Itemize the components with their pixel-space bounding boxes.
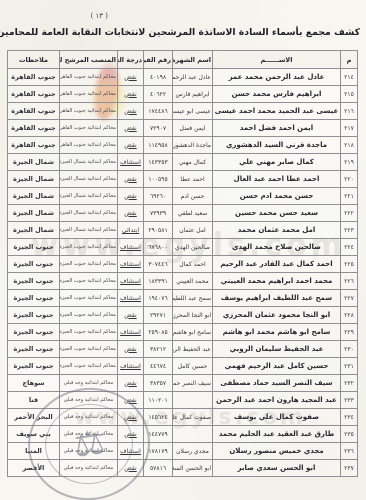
registration-number: ٧٢٩٠٧ bbox=[144, 120, 173, 137]
row-number: ٢٢٤ bbox=[341, 239, 358, 256]
row-number: ٢٣٧ bbox=[341, 460, 358, 477]
candidacy-position: محاكم ابتدائية جنوب الجيزة bbox=[60, 324, 118, 341]
table-row: ٢٢٨ ابو النجا محمود عثمان المحرزي ابو ال… bbox=[8, 307, 358, 324]
stamp-inner-ring: ⚖ bbox=[40, 398, 138, 489]
registration-degree: نقض bbox=[118, 188, 144, 205]
registration-number: ٤٤٦٧٤ bbox=[144, 358, 173, 375]
row-number: ٢١٨ bbox=[341, 137, 358, 154]
candidate-name: عبد المجيد هارون احمد عبد الرحمن bbox=[213, 392, 341, 409]
candidate-name: عادل عبد الرحمن محمد عمر bbox=[213, 69, 341, 86]
table-row: ٢٢٩ سامح ابو هاشم محمد ابو هاشم سامح ابو… bbox=[8, 324, 358, 341]
candidate-name: صالحين صلاح محمد الهدي bbox=[213, 239, 341, 256]
table-row: ٢٢٦ محمد احمد ابراهيم محمد العييني محمد … bbox=[8, 273, 358, 290]
candidate-name: حسين كامل عبد الرحيم فهمي bbox=[213, 358, 341, 375]
registration-degree: ابتدائي bbox=[118, 222, 144, 239]
row-number: ٢٢٧ bbox=[341, 290, 358, 307]
row-number: ٢١٧ bbox=[341, 120, 358, 137]
header-notes: ملاحظات bbox=[8, 51, 60, 69]
notes-region: جنوب القاهرة bbox=[8, 103, 60, 120]
registration-number: ٤٠١٩٨ bbox=[144, 69, 173, 86]
row-number: ٢٢٨ bbox=[341, 307, 358, 324]
row-number: ٢١٥ bbox=[341, 86, 358, 103]
row-number: ٢٣٢ bbox=[341, 375, 358, 392]
header-number: م bbox=[341, 51, 358, 69]
registration-number: ١١٤٩٥٨ bbox=[144, 137, 173, 154]
candidate-name: سمح عبد اللطيف ابراهيم يوسف bbox=[213, 290, 341, 307]
registration-degree: نقض bbox=[118, 69, 144, 86]
candidate-alias: صفوت كمال علي يوسف bbox=[173, 409, 213, 426]
candidate-alias: سعيد لطفي bbox=[173, 205, 213, 222]
registration-number: ٥٧٨١٦ bbox=[144, 460, 173, 477]
page-title: كشف مجمع بأسماء السادة الاساتذة المرشحين… bbox=[70, 27, 360, 38]
notes-region: جنوب الجيزة bbox=[8, 239, 60, 256]
table-row: ٢١٨ ماجدة قرني السيد الدهشوري ماجدة الده… bbox=[8, 137, 358, 154]
registration-degree: نقض bbox=[118, 375, 144, 392]
registration-degree: استئناف bbox=[118, 273, 144, 290]
candidacy-position: محاكم ابتدائية جنوب الجيزة bbox=[60, 290, 118, 307]
scales-icon: ⚖ bbox=[72, 425, 107, 463]
registration-degree: نقض bbox=[118, 171, 144, 188]
registration-number: ٦٧٦٨٠٠ bbox=[144, 239, 173, 256]
candidate-alias: ايمن فضل bbox=[173, 120, 213, 137]
notes-region: جنوب الجيزة bbox=[8, 341, 60, 358]
header-alias: اسم الشهرة bbox=[173, 51, 213, 69]
registration-number: ١٤٥٦٢٤ bbox=[144, 409, 173, 426]
registration-degree: استئناف bbox=[118, 324, 144, 341]
notes-region: شمال الجيزة bbox=[8, 171, 60, 188]
candidate-name: ماجدة قرني السيد الدهشوري bbox=[213, 137, 341, 154]
table-row: ٢٢٥ احمد كمال عبد القادر عبد الرحيم احمد… bbox=[8, 256, 358, 273]
table-row: ٢١٦ عيسى عبد الحميد محمد احمد عيسى عيسى … bbox=[8, 103, 358, 120]
notes-region: جنوب القاهرة bbox=[8, 69, 60, 86]
candidate-name: ابراهيم فارس محمد حسن bbox=[213, 86, 341, 103]
candidate-alias: عادل عبد الرحمن محمد عمر bbox=[173, 69, 213, 86]
registration-degree: نقض bbox=[118, 307, 144, 324]
registration-number: ٣٨٣٥٧ bbox=[144, 375, 173, 392]
registration-number: ٧٣٩٣٩ bbox=[144, 205, 173, 222]
candidate-alias: مجدي رسلان bbox=[173, 443, 213, 460]
header-registration-number: رقم القيد bbox=[144, 51, 173, 69]
row-number: ٢٢٠ bbox=[341, 171, 358, 188]
notes-region: شمال الجيزة bbox=[8, 188, 60, 205]
row-number: ٢٢٦ bbox=[341, 273, 358, 290]
notes-region: جنوب الجيزة bbox=[8, 358, 60, 375]
row-number: ٢١٤ bbox=[341, 69, 358, 86]
candidate-name: مجدي خميس منصور رسلان bbox=[213, 443, 341, 460]
table-header: م الاســــــم اسم الشهرة رقم القيد درجة … bbox=[8, 51, 358, 69]
candidate-name: ايمن احمد فضل احمد bbox=[213, 120, 341, 137]
registration-number: ٣٨٢١٢ bbox=[144, 341, 173, 358]
candidate-alias: صالحين الهدي bbox=[173, 239, 213, 256]
row-number: ٢٣٤ bbox=[341, 409, 358, 426]
registration-degree: نقض bbox=[118, 341, 144, 358]
candidacy-position: محاكم ابتدائية جنوب القاهرة bbox=[60, 103, 118, 120]
notes-region: جنوب الجيزة bbox=[8, 324, 60, 341]
registration-number: ٤٠٦٢٢ bbox=[144, 86, 173, 103]
candidacy-position: محاكم ابتدائية جنوب الجيزة bbox=[60, 239, 118, 256]
registration-number: ١٨٣٣٩١ bbox=[144, 273, 173, 290]
row-number: ٢١٦ bbox=[341, 103, 358, 120]
table-row: ٢١٤ عادل عبد الرحمن محمد عمر عادل عبد ال… bbox=[8, 69, 358, 86]
registration-degree: استئناف bbox=[118, 256, 144, 273]
notes-region: جنوب الجيزة bbox=[8, 273, 60, 290]
candidate-name: امل محمد عثمان محمد bbox=[213, 222, 341, 239]
registration-degree: نقض bbox=[118, 205, 144, 222]
registration-number: ٢٥٩٠٨٥ bbox=[144, 324, 173, 341]
row-number: ٢٣١ bbox=[341, 358, 358, 375]
candidate-name: ابو النجا محمود عثمان المحرزي bbox=[213, 307, 341, 324]
candidacy-position: محاكم ابتدائية جنوب الجيزة bbox=[60, 341, 118, 358]
row-number: ٢٢٥ bbox=[341, 256, 358, 273]
candidate-alias: سيف النصر حماد bbox=[173, 375, 213, 392]
candidate-alias: ماجدة الدهشوري bbox=[173, 137, 213, 154]
candidate-alias: احمد كمال bbox=[173, 256, 213, 273]
registration-number: ١١٠٢٠١ bbox=[144, 392, 173, 409]
candidate-alias bbox=[173, 426, 213, 443]
table-row: ٢٣١ حسين كامل عبد الرحيم فهمي حسين كامل … bbox=[8, 358, 358, 375]
registration-degree: نقض bbox=[118, 103, 144, 120]
registration-degree: نقض bbox=[118, 137, 144, 154]
registration-degree: استئناف bbox=[118, 239, 144, 256]
table-row: ٢١٥ ابراهيم فارس محمد حسن ابراهيم فارس ٤… bbox=[8, 86, 358, 103]
candidate-alias: حسين كامل bbox=[173, 358, 213, 375]
candidate-alias: ابراهيم فارس bbox=[173, 86, 213, 103]
candidacy-position: محاكم ابتدائية جنوب القاهرة bbox=[60, 120, 118, 137]
row-number: ٢٣٦ bbox=[341, 443, 358, 460]
candidacy-position: محاكم ابتدائية شمال الجيزة bbox=[60, 188, 118, 205]
candidate-alias: سمح عبد اللطيف bbox=[173, 290, 213, 307]
candidate-name: عبد الحفيظ سليمان الروبي bbox=[213, 341, 341, 358]
candidacy-position: محاكم ابتدائية جنوب الجيزة bbox=[60, 358, 118, 375]
table-row: ٢٢٢ سعيد حسن محمد حسين سعيد لطفي ٧٣٩٣٩ ن… bbox=[8, 205, 358, 222]
candidate-name: سيف النصر السيد حماد مصطفى bbox=[213, 375, 341, 392]
candidate-alias: احمد عطا bbox=[173, 171, 213, 188]
candidate-name: سامح ابو هاشم محمد ابو هاشم bbox=[213, 324, 341, 341]
table-row: ٢٢٤ صالحين صلاح محمد الهدي صالحين الهدي … bbox=[8, 239, 358, 256]
registration-number: ١٧٤٤٨٦ bbox=[144, 103, 173, 120]
candidacy-position: محاكم ابتدائية جنوب القاهرة bbox=[60, 137, 118, 154]
registration-number: ١٠٠٥٩٥ bbox=[144, 171, 173, 188]
candidacy-position: محاكم ابتدائية جنوب الجيزة bbox=[60, 307, 118, 324]
candidacy-position: محاكم ابتدائية جنوب القاهرة bbox=[60, 86, 118, 103]
registration-degree: نقض bbox=[118, 86, 144, 103]
candidate-name: ابو الحسن سعدي صابر bbox=[213, 460, 341, 477]
row-number: ٢٢٣ bbox=[341, 222, 358, 239]
table-row: ٢١٧ ايمن احمد فضل احمد ايمن فضل ٧٢٩٠٧ نق… bbox=[8, 120, 358, 137]
candidacy-position: محاكم ابتدائية شمال الجيزة bbox=[60, 222, 118, 239]
header-name: الاســــــم bbox=[213, 51, 341, 69]
candidacy-position: محاكم ابتدائية شمال الجيزة bbox=[60, 171, 118, 188]
registration-number: ٢٩٢٧١ bbox=[144, 307, 173, 324]
candidacy-position: محاكم ابتدائية شمال الجيزة bbox=[60, 154, 118, 171]
candidate-alias: حسن ادم bbox=[173, 188, 213, 205]
notes-region: جنوب الجيزة bbox=[8, 256, 60, 273]
header-candidacy-position: المنصب المرشح له bbox=[60, 51, 118, 69]
page-number: ( ١٣ ) bbox=[91, 12, 108, 20]
row-number: ٢٣٥ bbox=[341, 426, 358, 443]
notes-region: جنوب القاهرة bbox=[8, 137, 60, 154]
table-row: ٢٢١ حسن محمد ادم حسن حسن ادم ٦٩٢٦٠ نقض م… bbox=[8, 188, 358, 205]
registration-degree: استئناف bbox=[118, 358, 144, 375]
notes-region: سوهاج bbox=[8, 375, 60, 392]
candidacy-position: محاكم ابتدائية جنوب القاهرة bbox=[60, 69, 118, 86]
table-row: ٢٣٢ سيف النصر السيد حماد مصطفى سيف النصر… bbox=[8, 375, 358, 392]
registration-number: ١٩٤٠٧٦ bbox=[144, 290, 173, 307]
row-number: ٢١٩ bbox=[341, 154, 358, 171]
notes-region: جنوب الجيزة bbox=[8, 307, 60, 324]
candidate-alias: ابو النجا المحرزي bbox=[173, 307, 213, 324]
candidacy-position: محاكم ابتدائية شمال الجيزة bbox=[60, 205, 118, 222]
candidate-alias: امل عثمان bbox=[173, 222, 213, 239]
candidate-name: صفوت كمال علي يوسف bbox=[213, 409, 341, 426]
notes-region: شمال الجيزة bbox=[8, 205, 60, 222]
candidacy-position: محاكم ابتدائية جنوب الجيزة bbox=[60, 256, 118, 273]
row-number: ٢٢٢ bbox=[341, 205, 358, 222]
notes-region: جنوب القاهرة bbox=[8, 86, 60, 103]
candidate-alias bbox=[173, 392, 213, 409]
candidate-name: احمد كمال عبد القادر عبد الرحيم bbox=[213, 256, 341, 273]
candidate-name: طارق عبد العقيد عبد الحليم محمد bbox=[213, 426, 341, 443]
candidate-name: احمد عطا احمد عبد العال bbox=[213, 171, 341, 188]
registration-degree: استئناف bbox=[118, 154, 144, 171]
candidate-name: كمال صابر مهني علي bbox=[213, 154, 341, 171]
notes-region: شمال الجيزة bbox=[8, 222, 60, 239]
candidate-alias: عيسى ابو عيسى bbox=[173, 103, 213, 120]
notes-region: جنوب الجيزة bbox=[8, 290, 60, 307]
candidate-name: محمد احمد ابراهيم محمد العييني bbox=[213, 273, 341, 290]
table-row: ٢١٩ كمال صابر مهني علي كمال مهني ١٤٣٣٥٣ … bbox=[8, 154, 358, 171]
row-number: ٢٣٣ bbox=[341, 392, 358, 409]
row-number: ٢٣٠ bbox=[341, 341, 358, 358]
candidate-name: عيسى عبد الحميد محمد احمد عيسى bbox=[213, 103, 341, 120]
row-number: ٢٢١ bbox=[341, 188, 358, 205]
candidate-alias: سامح ابو هاشم bbox=[173, 324, 213, 341]
registration-number: ٢٩٠٥٨١ bbox=[144, 222, 173, 239]
candidate-name: سعيد حسن محمد حسين bbox=[213, 205, 341, 222]
table-row: ٢٣٠ عبد الحفيظ سليمان الروبي عبد الحفيظ … bbox=[8, 341, 358, 358]
row-number: ٢٢٩ bbox=[341, 324, 358, 341]
table-row: ٢٢٠ احمد عطا احمد عبد العال احمد عطا ١٠٠… bbox=[8, 171, 358, 188]
registration-number: ١٤٣٣٥٣ bbox=[144, 154, 173, 171]
candidate-alias: عبد الحفيظ الروبي bbox=[173, 341, 213, 358]
registration-number: ٦٩٢٦٠ bbox=[144, 188, 173, 205]
table-row: ٢٢٣ امل محمد عثمان محمد امل عثمان ٢٩٠٥٨١… bbox=[8, 222, 358, 239]
candidate-name: حسن محمد ادم حسن bbox=[213, 188, 341, 205]
notes-region: جنوب القاهرة bbox=[8, 120, 60, 137]
candidacy-position: محاكم ابتدائية جنوب الجيزة bbox=[60, 273, 118, 290]
registration-number: ٣٠٧٤٤٦ bbox=[144, 256, 173, 273]
candidate-alias: محمد العييني bbox=[173, 273, 213, 290]
candidate-alias: ابو الحسن السعدي صابر bbox=[173, 460, 213, 477]
candidate-alias: كمال مهني bbox=[173, 154, 213, 171]
registration-degree: نقض bbox=[118, 120, 144, 137]
registration-degree: استئناف bbox=[118, 290, 144, 307]
header-registration-degree: درجة القيد bbox=[118, 51, 144, 69]
table-row: ٢٢٧ سمح عبد اللطيف ابراهيم يوسف سمح عبد … bbox=[8, 290, 358, 307]
notes-region: شمال الجيزة bbox=[8, 154, 60, 171]
